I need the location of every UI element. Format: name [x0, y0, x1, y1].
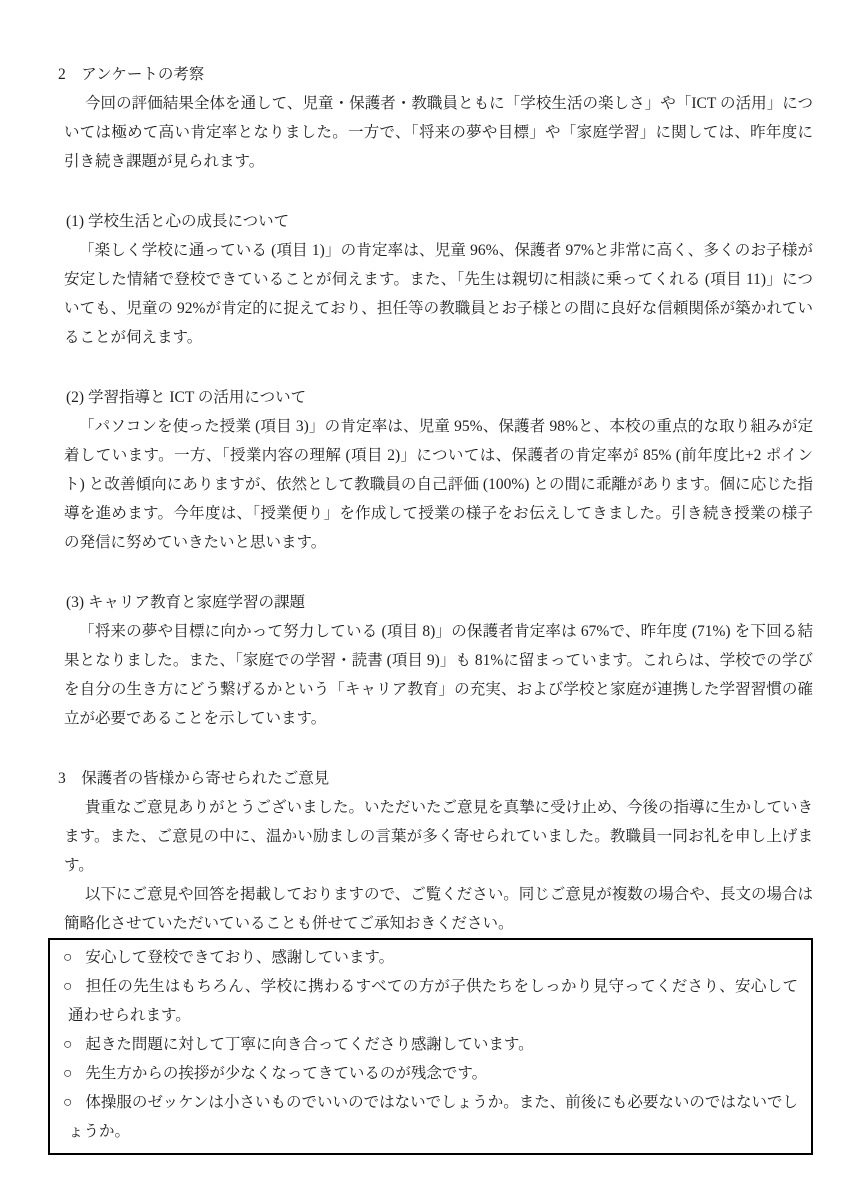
opinion-text: 安心して登校できており、感謝しています。 [85, 949, 394, 966]
opinion-item: ○起きた問題に対して丁寧に向き合ってくださり感謝しています。 [63, 1030, 798, 1059]
circle-bullet: ○ [63, 949, 85, 966]
subsection-3-body: 「将来の夢や目標に向かって努力している (項目 8)」の保護者肯定率は 67%で… [64, 617, 813, 733]
analysis-section-heading: 2 アンケートの考察 [58, 60, 813, 89]
opinion-item: ○担任の先生はもちろん、学校に携わるすべての方が子供たちをしっかり見守ってくださ… [63, 972, 798, 1030]
circle-bullet: ○ [63, 1094, 85, 1111]
subsection-2-body: 「パソコンを使った授業 (項目 3)」の肯定率は、児童 95%、保護者 98%と… [64, 412, 813, 557]
document-page: 2 アンケートの考察 今回の評価結果全体を通して、児童・保護者・教職員ともに「学… [0, 0, 849, 1200]
analysis-intro-paragraph: 今回の評価結果全体を通して、児童・保護者・教職員ともに「学校生活の楽しさ」や「I… [64, 89, 813, 176]
subsection-1-heading: (1) 学校生活と心の成長について [66, 207, 813, 236]
opinions-intro-paragraph-2: 以下にご意見や回答を掲載しておりますので、ご覧ください。同じご意見が複数の場合や… [64, 880, 813, 938]
subsection-2-heading: (2) 学習指導と ICT の活用について [66, 383, 813, 412]
opinion-item: ○先生方からの挨拶が少なくなってきているのが残念です。 [63, 1059, 798, 1088]
opinions-intro-paragraph-1: 貴重なご意見ありがとうございました。いただいたご意見を真摯に受け止め、今後の指導… [64, 793, 813, 880]
circle-bullet: ○ [63, 1065, 85, 1082]
opinion-item: ○体操服のゼッケンは小さいものでいいのではないでしょうか。また、前後にも必要ない… [63, 1088, 798, 1146]
opinion-item: ○安心して登校できており、感謝しています。 [63, 943, 798, 972]
opinion-text: 体操服のゼッケンは小さいものでいいのではないでしょうか。また、前後にも必要ないの… [68, 1094, 798, 1140]
circle-bullet: ○ [63, 978, 86, 995]
opinions-section-heading: 3 保護者の皆様から寄せられたご意見 [58, 764, 813, 793]
opinion-text: 担任の先生はもちろん、学校に携わるすべての方が子供たちをしっかり見守ってくださり… [68, 978, 798, 1024]
subsection-1-body: 「楽しく学校に通っている (項目 1)」の肯定率は、児童 96%、保護者 97%… [64, 236, 813, 352]
opinion-text: 先生方からの挨拶が少なくなってきているのが残念です。 [85, 1065, 487, 1082]
circle-bullet: ○ [63, 1036, 85, 1053]
opinion-text: 起きた問題に対して丁寧に向き合ってくださり感謝しています。 [85, 1036, 533, 1053]
opinions-box: ○安心して登校できており、感謝しています。 ○担任の先生はもちろん、学校に携わる… [48, 938, 813, 1155]
subsection-3-heading: (3) キャリア教育と家庭学習の課題 [66, 588, 813, 617]
